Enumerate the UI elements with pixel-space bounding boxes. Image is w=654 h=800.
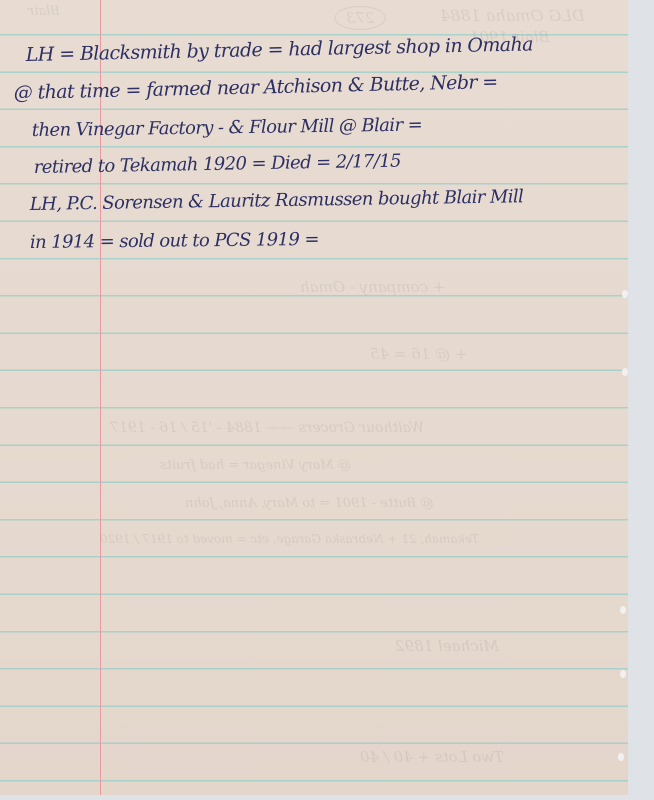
torn-edge: [620, 670, 626, 678]
bleed-through-text: Tekamah, 21 + Nebraska Garage, etc = mov…: [100, 532, 479, 546]
torn-edge: [622, 368, 628, 376]
bleed-through-text: 273: [335, 6, 386, 30]
bleed-through-text: Two Lots + 40 / 40: [360, 748, 504, 766]
bleed-through-text: Blair: [28, 4, 60, 19]
bleed-through-text: @ Butte - 1901 = to Mary, Anna, John: [185, 496, 433, 511]
bleed-through-text: @ Mary Vinegar = had fruits: [160, 458, 351, 473]
bleed-through-text: + @ 16 = 45: [370, 345, 467, 363]
bleed-through-text: + company - Omah: [300, 278, 445, 296]
notebook-page: DLG Omaha 1884 Blair 1901 273 Blair + co…: [0, 0, 628, 795]
torn-edge: [620, 606, 626, 614]
handwritten-line-6: in 1914 = sold out to PCS 1919 =: [30, 229, 319, 253]
torn-edge: [618, 753, 624, 761]
bleed-through-text: DLG Omaha 1884: [440, 6, 585, 25]
bleed-through-text: Walthour Grocers —— 1884 - '15 / 16 - 19…: [110, 420, 424, 436]
bleed-through-text: Michael 1892: [395, 637, 499, 655]
torn-edge: [622, 290, 628, 298]
